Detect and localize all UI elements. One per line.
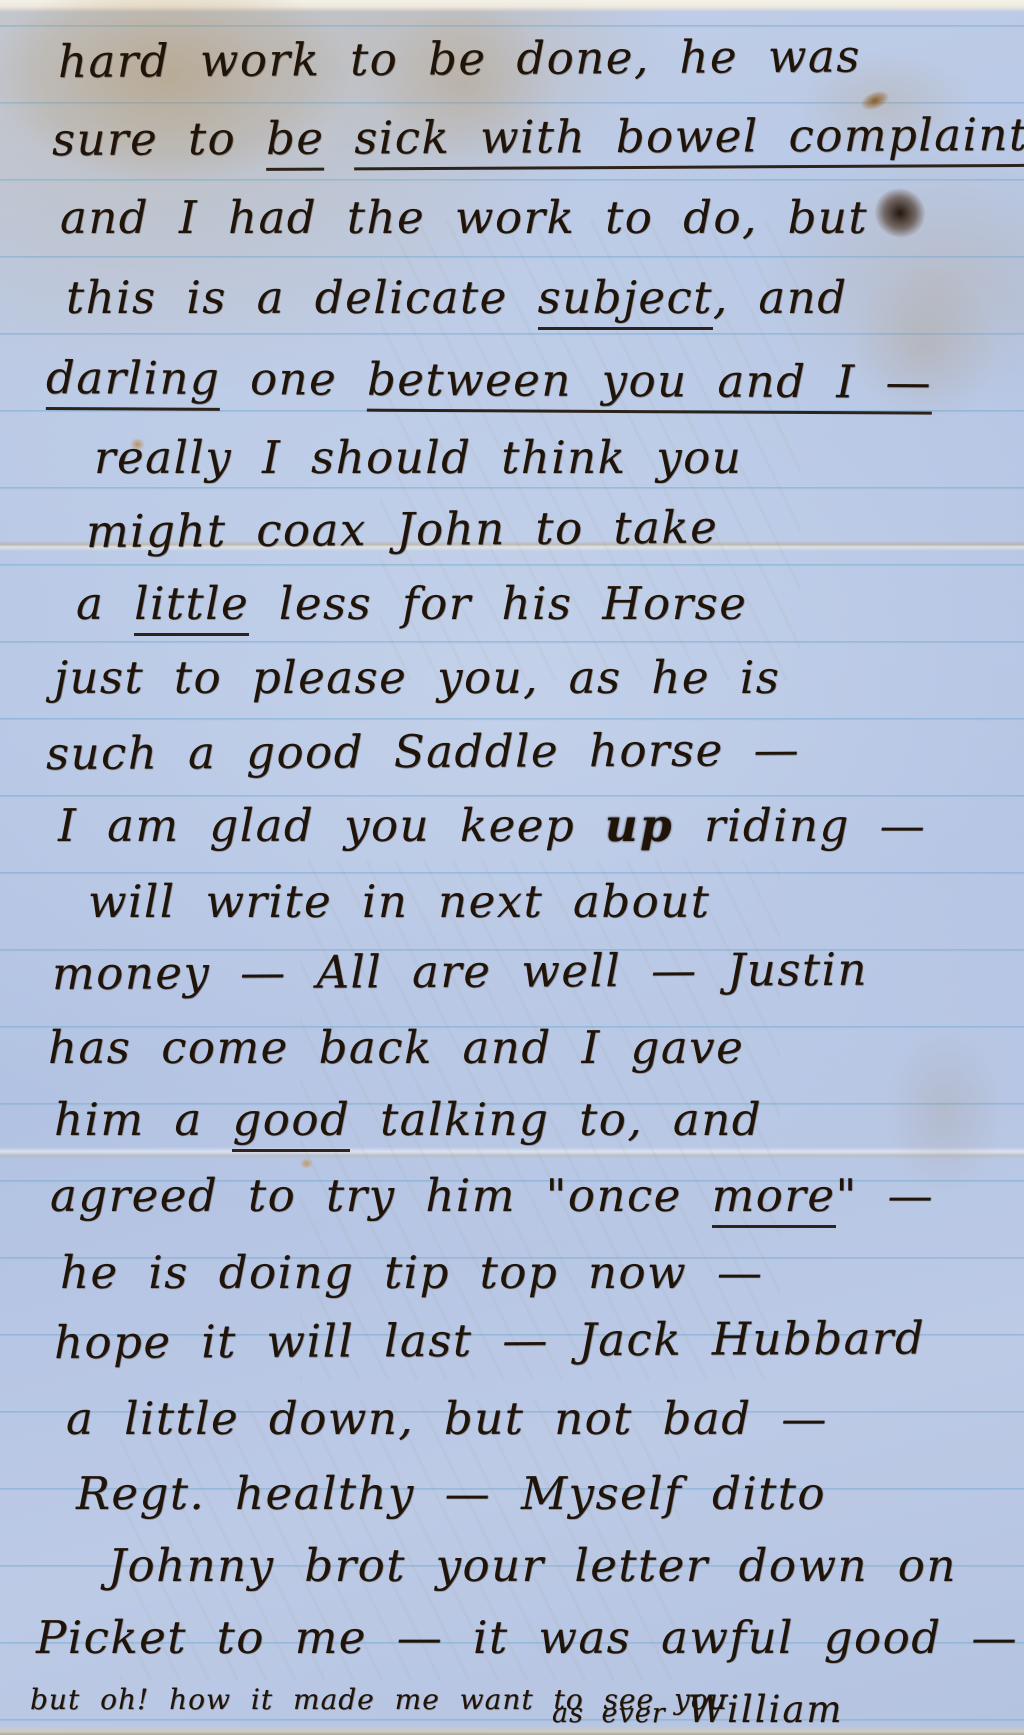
- signature-name: William: [688, 1688, 844, 1731]
- letter-text: " —: [836, 1169, 935, 1222]
- letter-text: money — All are well — Justin: [52, 943, 868, 1000]
- letter-line-5: darling one between you and I —: [46, 352, 932, 408]
- letter-text: and I had the work to do, but: [60, 191, 868, 244]
- letter-line-18: hope it will last — Jack Hubbard: [54, 1312, 925, 1368]
- underlined-text: good: [232, 1093, 350, 1152]
- letter-text: Johnny brot your letter down on: [108, 1539, 957, 1592]
- letter-text: will write in next about: [88, 875, 710, 928]
- underlined-text: darling: [46, 351, 221, 411]
- letter-line-13: money — All are well — Justin: [52, 944, 868, 1000]
- letter-line-16: agreed to try him "once more" —: [50, 1170, 934, 1222]
- letter-text: Regt. healthy — Myself ditto: [76, 1467, 826, 1520]
- letter-line-8: a little less for his Horse: [76, 578, 747, 630]
- letter-line-4: this is a delicate subject, and: [66, 272, 848, 324]
- letter-line-12: will write in next about: [88, 876, 710, 928]
- letter-line-3: and I had the work to do, but: [60, 192, 868, 244]
- letter-text: a little down, but not bad —: [66, 1392, 828, 1445]
- underlined-text: sick with bowel complaint: [354, 108, 1024, 171]
- letter-line-15: him a good talking to, and: [54, 1094, 762, 1146]
- letter-line-17: he is doing tip top now —: [60, 1247, 763, 1299]
- letter-text: Picket to me — it was awful good —: [36, 1611, 1018, 1664]
- letter-text: riding —: [674, 799, 926, 852]
- letter-text: sure to: [52, 112, 266, 166]
- underlined-text: more: [712, 1169, 836, 1228]
- stain-dot: [300, 1158, 313, 1169]
- letter-text: really I should think you: [94, 431, 742, 484]
- letter-text: this is a delicate: [66, 271, 538, 324]
- fold-crease-lower: [0, 1147, 1024, 1159]
- letter-line-20: Regt. healthy — Myself ditto: [76, 1468, 826, 1520]
- scan-edge-top: [0, 0, 1024, 12]
- letter-line-10: such a good Saddle horse —: [46, 724, 800, 780]
- letter-line-22: Picket to me — it was awful good —: [36, 1612, 1018, 1664]
- scan-edge-bottom: [0, 1726, 1024, 1735]
- letter-text: just to please you, as he is: [54, 651, 780, 704]
- letter-text: agreed to try him "once: [50, 1169, 712, 1222]
- stain-right-middle: [820, 230, 1024, 460]
- letter-text: , and: [713, 271, 848, 324]
- letter-text: talking to, and: [350, 1093, 762, 1146]
- letter-text: such a good Saddle horse —: [46, 723, 800, 780]
- letter-text: less for his Horse: [249, 577, 747, 630]
- underlined-text: little: [134, 577, 249, 636]
- letter-text: he is doing tip top now —: [60, 1246, 763, 1299]
- letter-text: has come back and I gave: [48, 1021, 744, 1074]
- letter-text: hard work to be done, he was: [58, 29, 861, 88]
- signature-closing: as ever: [552, 1698, 666, 1729]
- letter-line-6: really I should think you: [94, 432, 742, 484]
- letter-line-19: a little down, but not bad —: [66, 1393, 828, 1445]
- letter-text: hope it will last — Jack Hubbard: [54, 1311, 925, 1369]
- letter-page: hard work to be done, he was sure to be …: [0, 0, 1024, 1735]
- letter-line-7: might coax John to take: [86, 502, 719, 558]
- letter-line-14: has come back and I gave: [48, 1022, 744, 1074]
- letter-line-2: sure to be sick with bowel complaint: [52, 109, 1024, 166]
- letter-text: [324, 111, 354, 164]
- letter-line-9: just to please you, as he is: [54, 652, 780, 704]
- signature-block: as everWilliam: [552, 1688, 844, 1731]
- letter-text: him a: [54, 1093, 232, 1146]
- letter-line-21: Johnny brot your letter down on: [108, 1540, 957, 1592]
- emphasized-text: up: [605, 799, 674, 852]
- ink-blot: [865, 179, 934, 248]
- underlined-text: subject: [538, 271, 713, 330]
- underlined-text: be: [266, 112, 325, 171]
- letter-line-1: hard work to be done, he was: [58, 30, 861, 87]
- letter-text: one: [220, 352, 367, 406]
- underlined-text: between you and I —: [367, 353, 932, 415]
- letter-line-11: I am glad you keep up riding —: [58, 800, 926, 852]
- letter-text: I am glad you keep: [58, 799, 605, 852]
- letter-text: a: [76, 577, 134, 630]
- letter-text: might coax John to take: [86, 501, 719, 558]
